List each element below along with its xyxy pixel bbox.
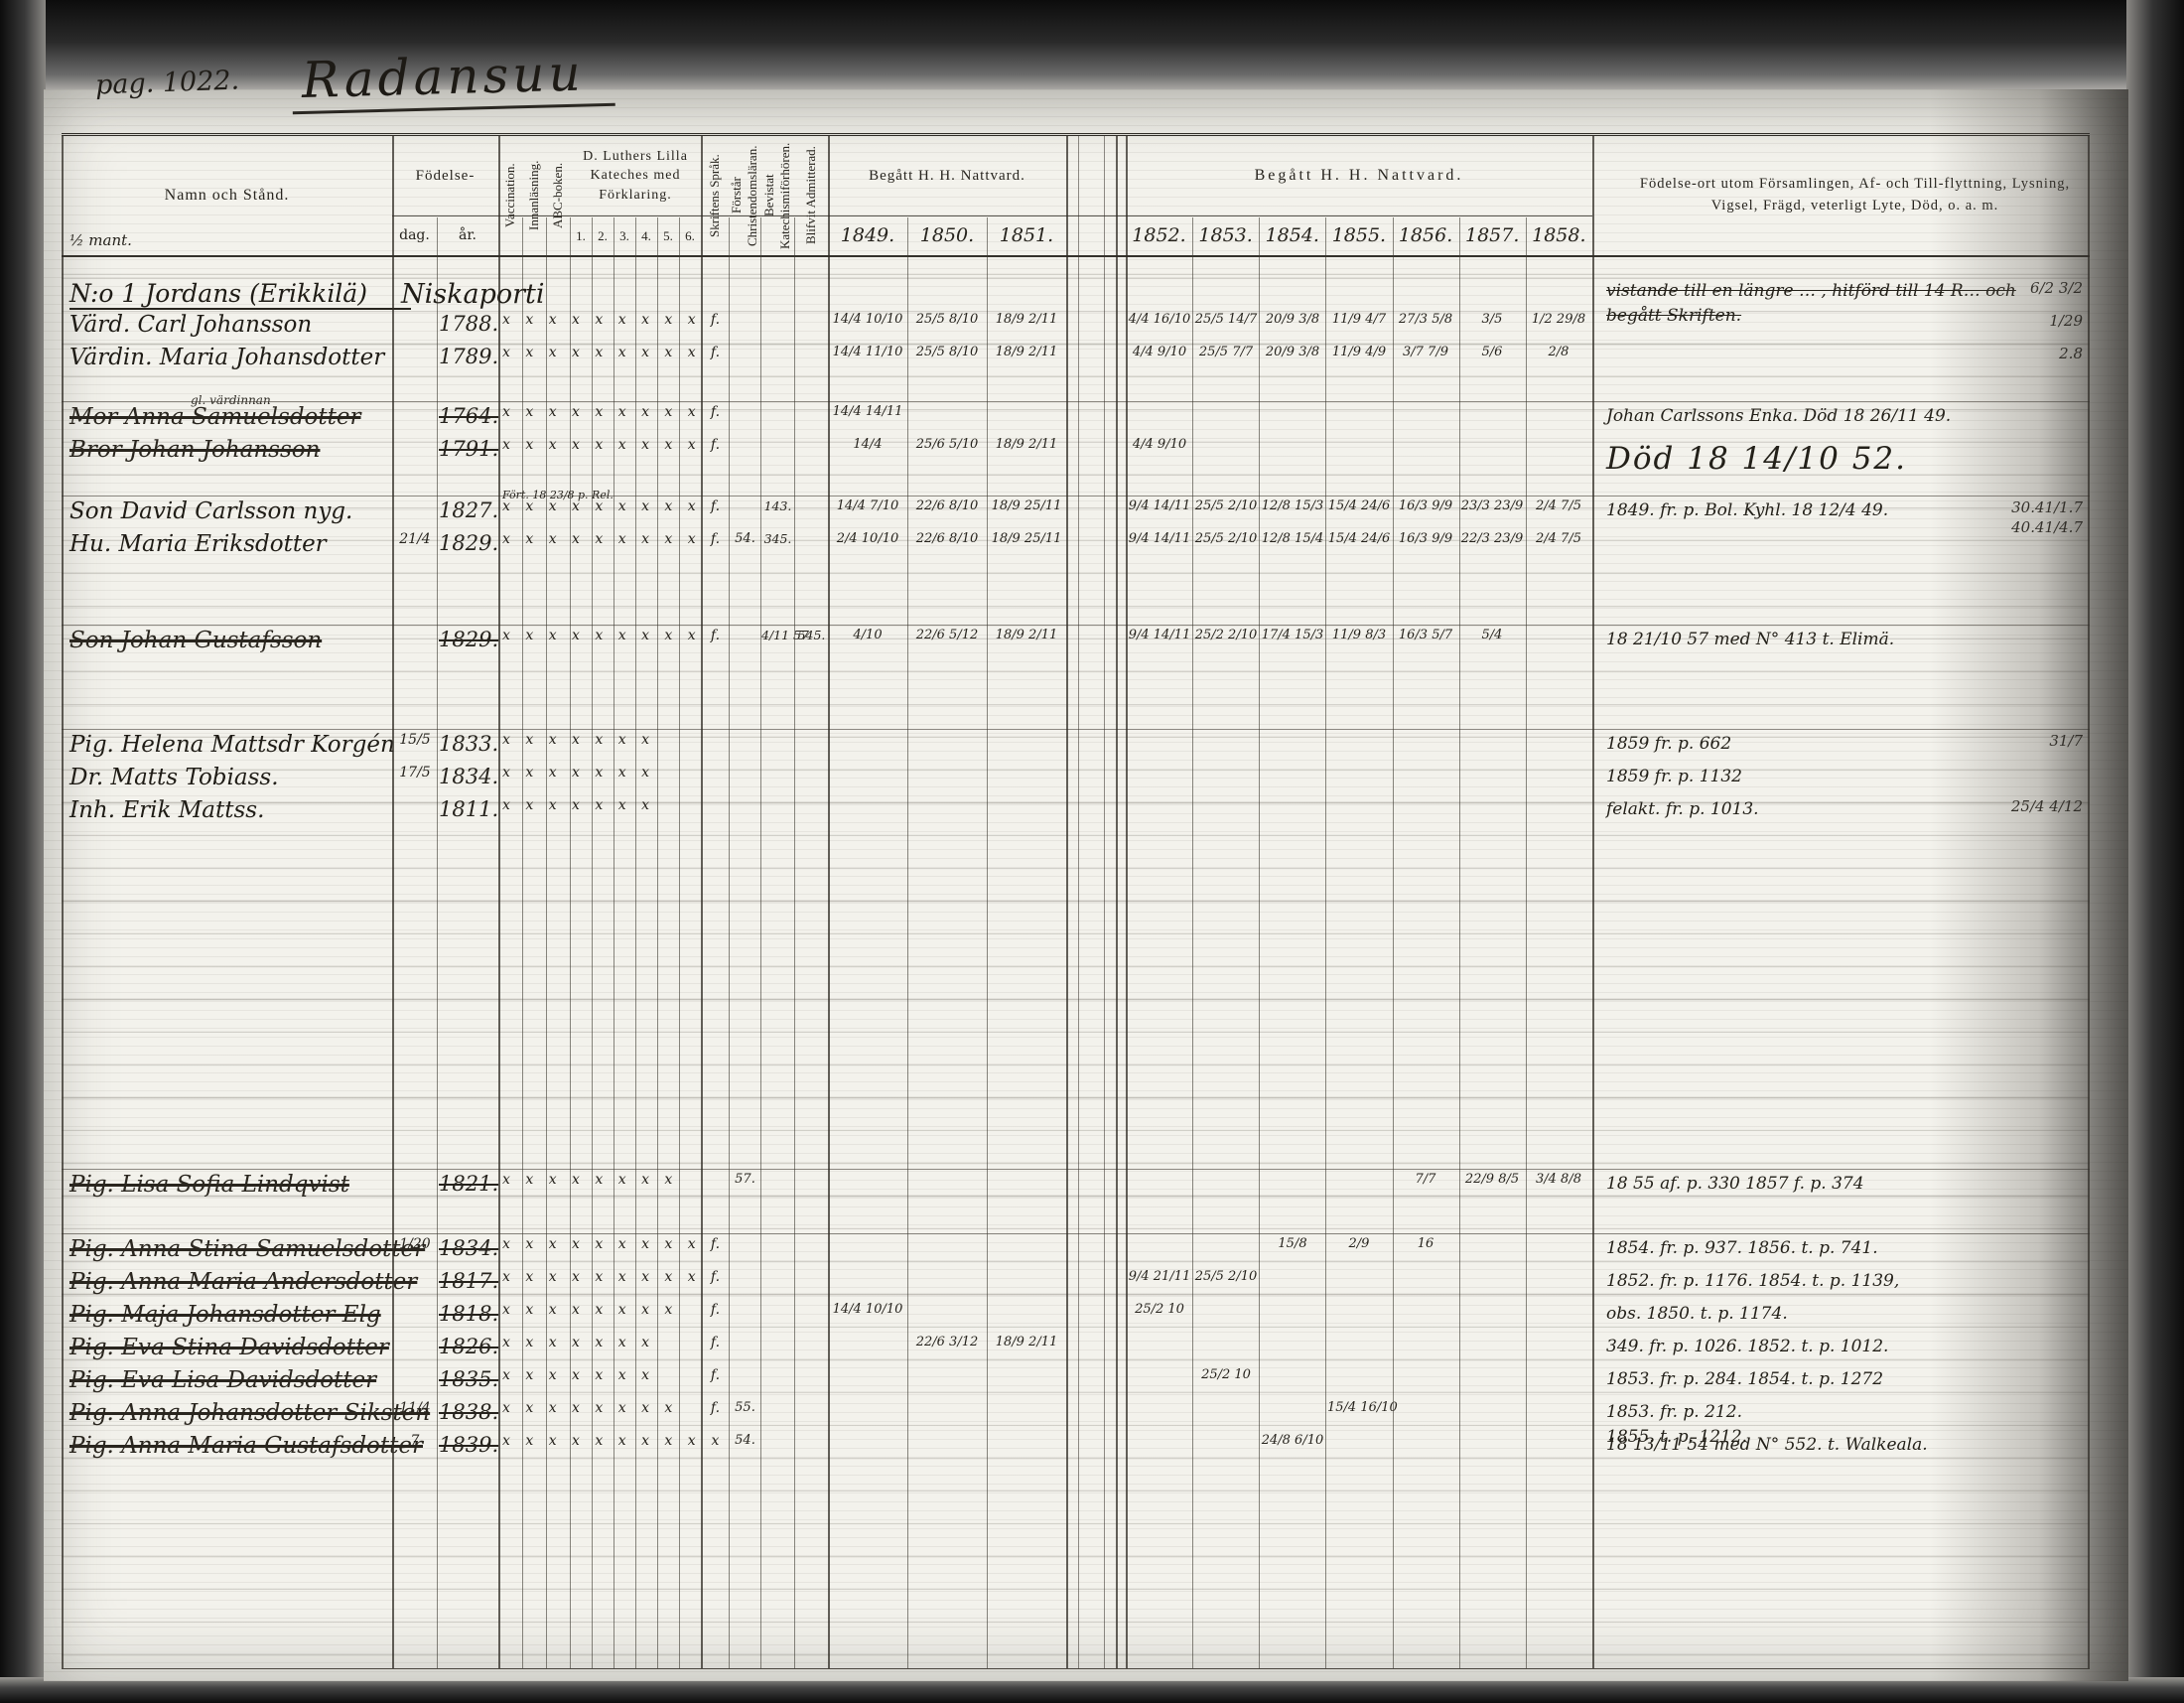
note: 1859 fr. p. 1132 — [1606, 765, 2023, 789]
communion-1855: 15/4 16/10 — [1327, 1400, 1391, 1415]
margin-fractions: 25/4 4/12 — [1991, 797, 2083, 817]
katekes-number: 5. — [657, 217, 679, 255]
scan-border-right — [2126, 0, 2184, 1703]
communion-1850: 25/6 5/10 — [909, 437, 985, 452]
communion-1852: 9/4 14/11 — [1128, 531, 1191, 546]
column-divider — [2088, 136, 2090, 1668]
header-nattvard-left: Begått H. H. Nattvard. — [828, 136, 1066, 215]
header-fodelse: Födelse- — [392, 136, 498, 215]
communion-1852: 9/4 14/11 — [1128, 498, 1191, 513]
page-number: pag. 1022. — [95, 65, 240, 100]
register-row: Pig. Lisa Sofia Lindqvist1821.x x x x x … — [62, 1172, 2090, 1205]
header-nattvard-right: Begått H. H. Nattvard. — [1126, 136, 1592, 215]
birth-year: 1833. — [439, 732, 496, 756]
column-divider — [614, 217, 614, 1668]
sprak-mark: f. — [702, 1269, 729, 1285]
communion-1852: 4/4 9/10 — [1128, 437, 1191, 452]
header-abc-boken: ABC-boken. — [546, 136, 570, 255]
communion-1853: 25/5 2/10 — [1194, 498, 1258, 513]
katekes-number: 2. — [592, 217, 614, 255]
year-header: 1856. — [1393, 215, 1459, 255]
communion-1855: 15/4 24/6 — [1327, 498, 1391, 513]
register-row: Dr. Matts Tobiass.17/51834.x x x x x x x… — [62, 765, 2090, 797]
header-blifvit-admitterad: Blifvit Admitterad. — [794, 136, 828, 255]
header-vaccination: Vaccination. — [498, 136, 522, 255]
register-row: Värd. Carl Johansson1788.x x x x x x x x… — [62, 312, 2090, 345]
birth-year: 1829. — [439, 628, 496, 651]
communion-1850: 25/5 8/10 — [909, 345, 985, 359]
reading-marks: x x x x x x x x — [502, 1400, 699, 1416]
communion-1856: 3/7 7/9 — [1394, 345, 1457, 359]
sprak-mark: x — [702, 1433, 729, 1449]
entry-name: Son Johan Gustafsson — [69, 628, 387, 653]
entry-name: Pig. Eva Stina Davidsdotter — [69, 1335, 387, 1360]
birth-year: 1764. — [439, 404, 496, 428]
sprak-mark: f. — [702, 531, 729, 547]
communion-1850: 22/6 3/12 — [909, 1335, 985, 1349]
year-header: 1850. — [907, 215, 987, 255]
birth-year: 1817. — [439, 1269, 496, 1293]
communion-1850: 22/6 8/10 — [909, 531, 985, 546]
forstar-mark: 55. — [730, 1400, 760, 1415]
reading-marks: x x x x x x x x x — [502, 1236, 699, 1252]
birth-day: 1/20 — [393, 1236, 437, 1252]
reading-marks: x x x x x x x x x — [502, 498, 699, 514]
sprak-mark: f. — [702, 1236, 729, 1252]
note: felakt. fr. p. 1013. — [1606, 797, 2023, 822]
communion-1849: 2/4 10/10 — [830, 531, 905, 546]
year-header: 1849. — [828, 215, 907, 255]
column-divider — [522, 217, 523, 1668]
column-divider — [392, 136, 394, 1668]
communion-1849: 14/4 11/10 — [830, 345, 905, 359]
katekes-number: 3. — [614, 217, 635, 255]
header-forstar-christendomslaran: Förstår Christendomsläran. — [729, 136, 760, 255]
forstar-mark: 57. — [730, 1172, 760, 1187]
entry-name: Son David Carlsson nyg. — [69, 498, 387, 524]
register-row: Inh. Erik Mattss.1811.x x x x x x xfelak… — [62, 797, 2090, 830]
column-divider — [1325, 217, 1326, 1668]
communion-1855: 11/9 4/9 — [1327, 345, 1391, 359]
column-divider — [828, 136, 830, 1668]
note: 1849. fr. p. Bol. Kyhl. 18 12/4 49. — [1606, 498, 2023, 523]
paper: pag. 1022. Radansuu Namn och Stånd. ½ ma… — [44, 89, 2128, 1681]
reading-marks: x x x x x x x x x — [502, 531, 699, 547]
communion-1853: 25/5 2/10 — [1194, 531, 1258, 546]
communion-1856: 16/3 5/7 — [1394, 628, 1457, 642]
communion-1854: 24/8 6/10 — [1261, 1433, 1324, 1448]
column-divider — [1393, 217, 1394, 1668]
column-divider — [1459, 217, 1460, 1668]
katekes-number: 1. — [570, 217, 592, 255]
header-fodelse-ar: år. — [437, 215, 498, 255]
register-row: Pig. Anna Stina Samuelsdotter1/201834.x … — [62, 1236, 2090, 1269]
household-place: Niskaporti — [401, 279, 689, 310]
note: obs. 1850. t. p. 1174. — [1606, 1302, 2023, 1327]
header-notes: Födelse-ort utom Församlingen, Af- och T… — [1592, 136, 2117, 255]
sprak-mark: f. — [702, 1367, 729, 1383]
sprak-mark: f. — [702, 1335, 729, 1350]
column-divider — [729, 217, 730, 1668]
communion-1850: 22/6 8/10 — [909, 498, 985, 513]
forstar-mark: 54. — [730, 1433, 760, 1448]
entry-name: Pig. Eva Lisa Davidsdotter — [69, 1367, 387, 1393]
year-header: 1853. — [1192, 215, 1259, 255]
communion-1858: 2/4 7/5 — [1527, 498, 1590, 513]
reading-marks: x x x x x x x — [502, 1335, 699, 1350]
register-row: Pig. Anna Maria Andersdotter1817.x x x x… — [62, 1269, 2090, 1302]
note: 18 21/10 57 med N° 413 t. Elimä. — [1606, 628, 2023, 652]
column-divider — [635, 217, 636, 1668]
reading-marks: x x x x x x x x x — [502, 437, 699, 453]
communion-1853: 25/2 2/10 — [1194, 628, 1258, 642]
entry-name: Pig. Anna Johansdotter Siksten — [69, 1400, 387, 1426]
register-row: Son David Carlsson nyg.1827.Fört. 18 23/… — [62, 498, 2090, 531]
year-header: 1858. — [1526, 215, 1592, 255]
reading-marks: x x x x x x x x x — [502, 404, 699, 420]
note: Johan Carlssons Enka. Död 18 26/11 49. — [1606, 404, 2023, 429]
communion-1849: 14/4 14/11 — [830, 404, 905, 419]
column-divider — [760, 217, 761, 1668]
communion-1857: 5/4 — [1460, 628, 1524, 642]
page-title: Radansuu — [291, 44, 614, 114]
communion-1854: 20/9 3/8 — [1261, 345, 1324, 359]
reading-marks: x x x x x x x x — [502, 1172, 699, 1188]
reading-marks: x x x x x x x — [502, 1367, 699, 1383]
birth-year: 1811. — [439, 797, 496, 821]
communion-1851: 18/9 2/11 — [989, 628, 1064, 642]
communion-1852: 9/4 14/11 — [1128, 628, 1191, 642]
birth-year: 1821. — [439, 1172, 496, 1196]
column-divider — [570, 217, 571, 1668]
communion-1857: 5/6 — [1460, 345, 1524, 359]
year-header: 1857. — [1459, 215, 1526, 255]
communion-1853: 25/2 10 — [1194, 1367, 1258, 1382]
sprak-mark: f. — [702, 404, 729, 420]
margin-fractions: 2.8 — [1991, 345, 2083, 364]
forstar-mark: 54. — [730, 531, 760, 546]
reading-marks: x x x x x x x x x — [502, 312, 699, 328]
column-divider — [907, 217, 908, 1668]
communion-1853: 25/5 2/10 — [1194, 1269, 1258, 1284]
entry-name: Pig. Helena Mattsdr Korgén — [69, 732, 387, 758]
register-row: Pig. Helena Mattsdr Korgén15/51833.x x x… — [62, 732, 2090, 765]
column-divider — [62, 136, 64, 1668]
communion-1854: 17/4 15/3 — [1261, 628, 1324, 642]
header-notes-line1: Födelse-ort utom Församlingen, Af- och T… — [1640, 174, 2070, 196]
reading-marks: x x x x x x x x x — [502, 345, 699, 360]
birth-year: 1835. — [439, 1367, 496, 1391]
register-row: Pig. Anna Johansdotter Siksten11/41838.x… — [62, 1400, 2090, 1433]
communion-1853: 25/5 7/7 — [1194, 345, 1258, 359]
binding-line — [1078, 136, 1079, 1668]
communion-1854: 15/8 — [1261, 1236, 1324, 1251]
communion-1853: 25/5 14/7 — [1194, 312, 1258, 327]
communion-1858: 1/2 29/8 — [1527, 312, 1590, 327]
note: Död 18 14/10 52. — [1606, 437, 2023, 482]
note: 1859 fr. p. 662 — [1606, 732, 2023, 757]
birth-year: 1818. — [439, 1302, 496, 1326]
birth-year: 1839. — [439, 1433, 496, 1457]
birth-year: 1834. — [439, 765, 496, 788]
column-divider — [437, 217, 438, 1668]
column-divider — [657, 217, 658, 1668]
register-row: Pig. Anna Maria Gustafsdotter71839.x x x… — [62, 1433, 2090, 1466]
column-divider — [987, 217, 988, 1668]
communion-1854: 12/8 15/4 — [1261, 531, 1324, 546]
register-row: Bror Johan Johansson1791.x x x x x x x x… — [62, 437, 2090, 470]
communion-1855: 11/9 8/3 — [1327, 628, 1391, 642]
birth-year: 1834. — [439, 1236, 496, 1260]
entry-name: Bror Johan Johansson — [69, 437, 387, 463]
sprak-mark: f. — [702, 498, 729, 514]
communion-1856: 16 — [1394, 1236, 1457, 1251]
birth-day: 17/5 — [393, 765, 437, 781]
sprak-mark: f. — [702, 312, 729, 328]
communion-1858: 2/8 — [1527, 345, 1590, 359]
register-row: Pig. Eva Stina Davidsdotter1826.x x x x … — [62, 1335, 2090, 1367]
communion-1856: 7/7 — [1394, 1172, 1457, 1187]
header-katekes: D. Luthers Lilla Kateches med Förklaring… — [570, 136, 701, 215]
communion-1857: 23/3 23/9 — [1460, 498, 1524, 513]
communion-1849: 14/4 7/10 — [830, 498, 905, 513]
birth-year: 1789. — [439, 345, 496, 368]
margin-fractions: 6/2 3/2 — [1991, 279, 2083, 299]
communion-1856: 16/3 9/9 — [1394, 531, 1457, 546]
entry-name: Pig. Lisa Sofia Lindqvist — [69, 1172, 387, 1198]
note: 1853. fr. p. 284. 1854. t. p. 1272 — [1606, 1367, 2023, 1392]
column-divider — [1259, 217, 1260, 1668]
table-header: Namn och Stånd. ½ mant. Födelse- dag. år… — [62, 136, 2090, 257]
communion-1854: 20/9 3/8 — [1261, 312, 1324, 327]
entry-name: Värd. Carl Johansson — [69, 312, 387, 338]
communion-1856: 27/3 5/8 — [1394, 312, 1457, 327]
communion-1851: 18/9 2/11 — [989, 1335, 1064, 1349]
margin-fractions: 1/29 — [1991, 312, 2083, 332]
communion-1854: 12/8 15/3 — [1261, 498, 1324, 513]
birth-day: 7 — [393, 1433, 437, 1449]
column-divider — [794, 217, 795, 1668]
table-body: N:o 1 Jordans (Erikkilä)Niskaportivistan… — [62, 255, 2090, 1668]
communion-1855: 2/9 — [1327, 1236, 1391, 1251]
register-row: Hu. Maria Eriksdotter21/41829.x x x x x … — [62, 531, 2090, 564]
register-row: Pig. Maja Johansdotter Elg1818.x x x x x… — [62, 1302, 2090, 1335]
communion-1850: 22/6 5/12 — [909, 628, 985, 642]
note: 1852. fr. p. 1176. 1854. t. p. 1139, — [1606, 1269, 2023, 1294]
year-header: 1851. — [987, 215, 1066, 255]
column-divider — [1526, 217, 1527, 1668]
reading-marks: x x x x x x x x x — [502, 628, 699, 643]
column-divider — [1066, 136, 1068, 1668]
sprak-mark: f. — [702, 345, 729, 360]
entry-name: Hu. Maria Eriksdotter — [69, 531, 387, 557]
entry-name: Värdin. Maria Johansdotter — [69, 345, 387, 370]
birth-day: 21/4 — [393, 531, 437, 547]
communion-1855: 11/9 4/7 — [1327, 312, 1391, 327]
register-row: Värdin. Maria Johansdotter1789.x x x x x… — [62, 345, 2090, 377]
register-row: Pig. Eva Lisa Davidsdotter1835.x x x x x… — [62, 1367, 2090, 1400]
reading-marks: x x x x x x x — [502, 732, 699, 748]
header-skriftens-sprak: Skriftens Språk. — [701, 136, 729, 255]
communion-1858: 3/4 8/8 — [1527, 1172, 1590, 1187]
header-bevistat-katechismiforhoren: Bevistat Katechismiförhören. — [760, 136, 794, 255]
header-innanlasning: Innanläsning. — [522, 136, 546, 255]
communion-1851: 18/9 25/11 — [989, 531, 1064, 546]
communion-1852: 4/4 9/10 — [1128, 345, 1191, 359]
birth-day: 11/4 — [393, 1400, 437, 1416]
sprak-mark: f. — [702, 437, 729, 453]
admitterad-mark: 545. — [795, 628, 828, 642]
column-divider — [1192, 217, 1193, 1668]
entry-name: Dr. Matts Tobiass. — [69, 765, 387, 790]
communion-1855: 15/4 24/6 — [1327, 531, 1391, 546]
entry-name: Pig. Anna Maria Andersdotter — [69, 1269, 387, 1295]
year-header: 1854. — [1259, 215, 1325, 255]
communion-1852: 25/2 10 — [1128, 1302, 1191, 1317]
communion-1851: 18/9 2/11 — [989, 312, 1064, 327]
header-fodelse-dag: dag. — [392, 215, 437, 255]
communion-1850: 25/5 8/10 — [909, 312, 985, 327]
bevistat-mark: 143. — [761, 498, 794, 513]
communion-1849: 4/10 — [830, 628, 905, 642]
birth-year: 1827. — [439, 498, 496, 522]
mantal-note: ½ mant. — [69, 231, 132, 249]
birth-year: 1829. — [439, 531, 496, 555]
scanned-page: pag. 1022. Radansuu Namn och Stånd. ½ ma… — [0, 0, 2184, 1703]
column-divider — [1126, 136, 1128, 1668]
communion-1851: 18/9 2/11 — [989, 437, 1064, 452]
communion-1857: 3/5 — [1460, 312, 1524, 327]
communion-1849: 14/4 — [830, 437, 905, 452]
birth-year: 1838. — [439, 1400, 496, 1424]
sprak-mark: f. — [702, 1302, 729, 1318]
note: 18 13/11 54 med N° 552. t. Walkeala. — [1606, 1433, 2023, 1458]
scan-border-left — [0, 0, 46, 1703]
reading-marks: x x x x x x x — [502, 765, 699, 781]
column-divider — [1116, 136, 1118, 1668]
entry-name: N:o 1 Jordans (Erikkilä) — [69, 279, 411, 310]
column-divider — [679, 217, 680, 1668]
reading-marks: x x x x x x x x x — [502, 1269, 699, 1285]
register-row: N:o 1 Jordans (Erikkilä)Niskaportivistan… — [62, 279, 2090, 312]
entry-name: Pig. Anna Maria Gustafsdotter — [69, 1433, 387, 1459]
entry-name: Pig. Anna Stina Samuelsdotter — [69, 1236, 387, 1262]
sprak-mark: f. — [702, 628, 729, 643]
entry-name: Pig. Maja Johansdotter Elg — [69, 1302, 387, 1328]
communion-1857: 22/9 8/5 — [1460, 1172, 1524, 1187]
register-row: Son Johan Gustafsson1829.x x x x x x x x… — [62, 628, 2090, 660]
column-divider — [592, 217, 593, 1668]
note: 1854. fr. p. 937. 1856. t. p. 741. — [1606, 1236, 2023, 1261]
katekes-number: 4. — [635, 217, 657, 255]
bevistat-mark: 345. — [761, 531, 794, 546]
communion-1851: 18/9 2/11 — [989, 345, 1064, 359]
communion-1852: 9/4 21/11 — [1128, 1269, 1191, 1284]
year-header: 1855. — [1325, 215, 1392, 255]
column-divider — [546, 217, 547, 1668]
birth-year: 1788. — [439, 312, 496, 336]
birth-year: 1826. — [439, 1335, 496, 1358]
reading-marks: x x x x x x x — [502, 797, 699, 813]
communion-1858: 2/4 7/5 — [1527, 531, 1590, 546]
entry-name: Mor Anna Samuelsdotter — [69, 404, 387, 430]
column-divider — [701, 136, 703, 1668]
year-header: 1852. — [1126, 215, 1192, 255]
communion-1849: 14/4 10/10 — [830, 1302, 905, 1317]
communion-1852: 4/4 16/10 — [1128, 312, 1191, 327]
communion-1851: 18/9 25/11 — [989, 498, 1064, 513]
reading-marks: x x x x x x x x — [502, 1302, 699, 1318]
note: 349. fr. p. 1026. 1852. t. p. 1012. — [1606, 1335, 2023, 1359]
column-divider — [498, 136, 500, 1668]
reading-marks: x x x x x x x x x — [502, 1433, 699, 1449]
communion-1856: 16/3 9/9 — [1394, 498, 1457, 513]
communion-1849: 14/4 10/10 — [830, 312, 905, 327]
communion-1857: 22/3 23/9 — [1460, 531, 1524, 546]
column-divider — [1592, 136, 1594, 1668]
binding-line — [1104, 136, 1105, 1668]
entry-name: Inh. Erik Mattss. — [69, 797, 387, 823]
register-table: Namn och Stånd. ½ mant. Födelse- dag. år… — [62, 133, 2090, 1669]
register-row: gl. värdinnanMor Anna Samuelsdotter1764.… — [62, 404, 2090, 437]
birth-year: 1791. — [439, 437, 496, 461]
margin-fractions: 31/7 — [1991, 732, 2083, 752]
katekes-number: 6. — [679, 217, 701, 255]
birth-day: 15/5 — [393, 732, 437, 748]
header-notes-line2: Vigsel, Frägd, veterligt Lyte, Död, o. a… — [1711, 196, 1999, 217]
note: 18 55 af. p. 330 1857 f. p. 374 — [1606, 1172, 2023, 1197]
bevistat-mark: 4/11 57 — [761, 628, 794, 642]
sprak-mark: f. — [702, 1400, 729, 1416]
